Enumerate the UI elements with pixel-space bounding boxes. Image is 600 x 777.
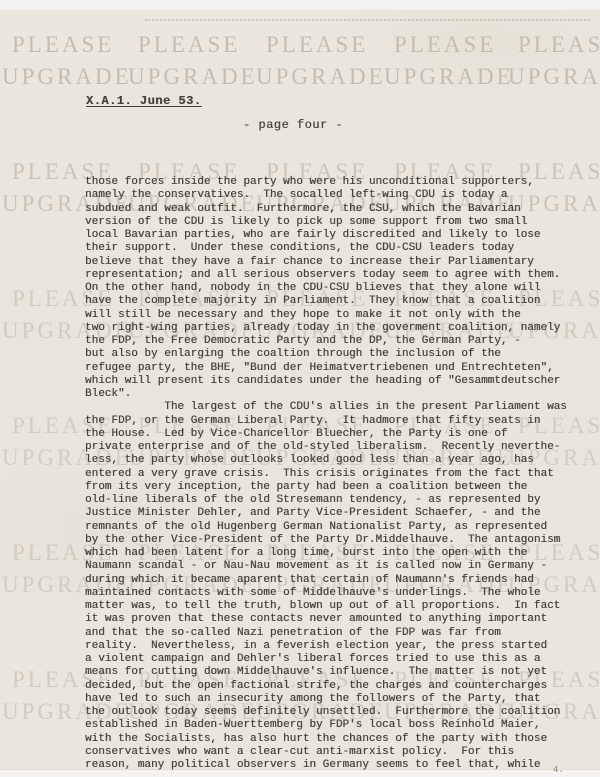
paper-sheet: PLEASEUPGRADEPLEASEUPGRADEPLEASEUPGRADEP… <box>0 10 600 769</box>
page-label: - page four - <box>243 118 343 132</box>
page-number: 4. <box>553 765 564 775</box>
watermark-word-upgrade: UPGRADE <box>384 65 510 88</box>
watermark-word-please: PLEASE <box>384 33 510 56</box>
watermark-word-please: PLEASE <box>508 33 600 56</box>
watermark-word-upgrade: UPGRADE <box>128 65 254 88</box>
watermark-word-upgrade: UPGRADE <box>2 65 128 88</box>
watermark-word-upgrade: UPGRADE <box>256 65 382 88</box>
document-reference: X.A.1. June 53. <box>86 94 202 108</box>
scratch-line <box>145 19 590 21</box>
body-text: those forces inside the party who were h… <box>85 176 585 772</box>
scanned-page: PLEASEUPGRADEPLEASEUPGRADEPLEASEUPGRADEP… <box>0 0 600 777</box>
watermark-word-please: PLEASE <box>256 33 382 56</box>
watermark-tile: PLEASEUPGRADE <box>128 33 254 88</box>
watermark-word-please: PLEASE <box>128 33 254 56</box>
watermark-word-upgrade: UPGRADE <box>508 65 600 88</box>
watermark-word-please: PLEASE <box>2 33 128 56</box>
watermark-tile: PLEASEUPGRADE <box>2 33 128 88</box>
watermark-tile: PLEASEUPGRADE <box>384 33 510 88</box>
watermark-tile: PLEASEUPGRADE <box>256 33 382 88</box>
watermark-tile: PLEASEUPGRADE <box>508 33 600 88</box>
